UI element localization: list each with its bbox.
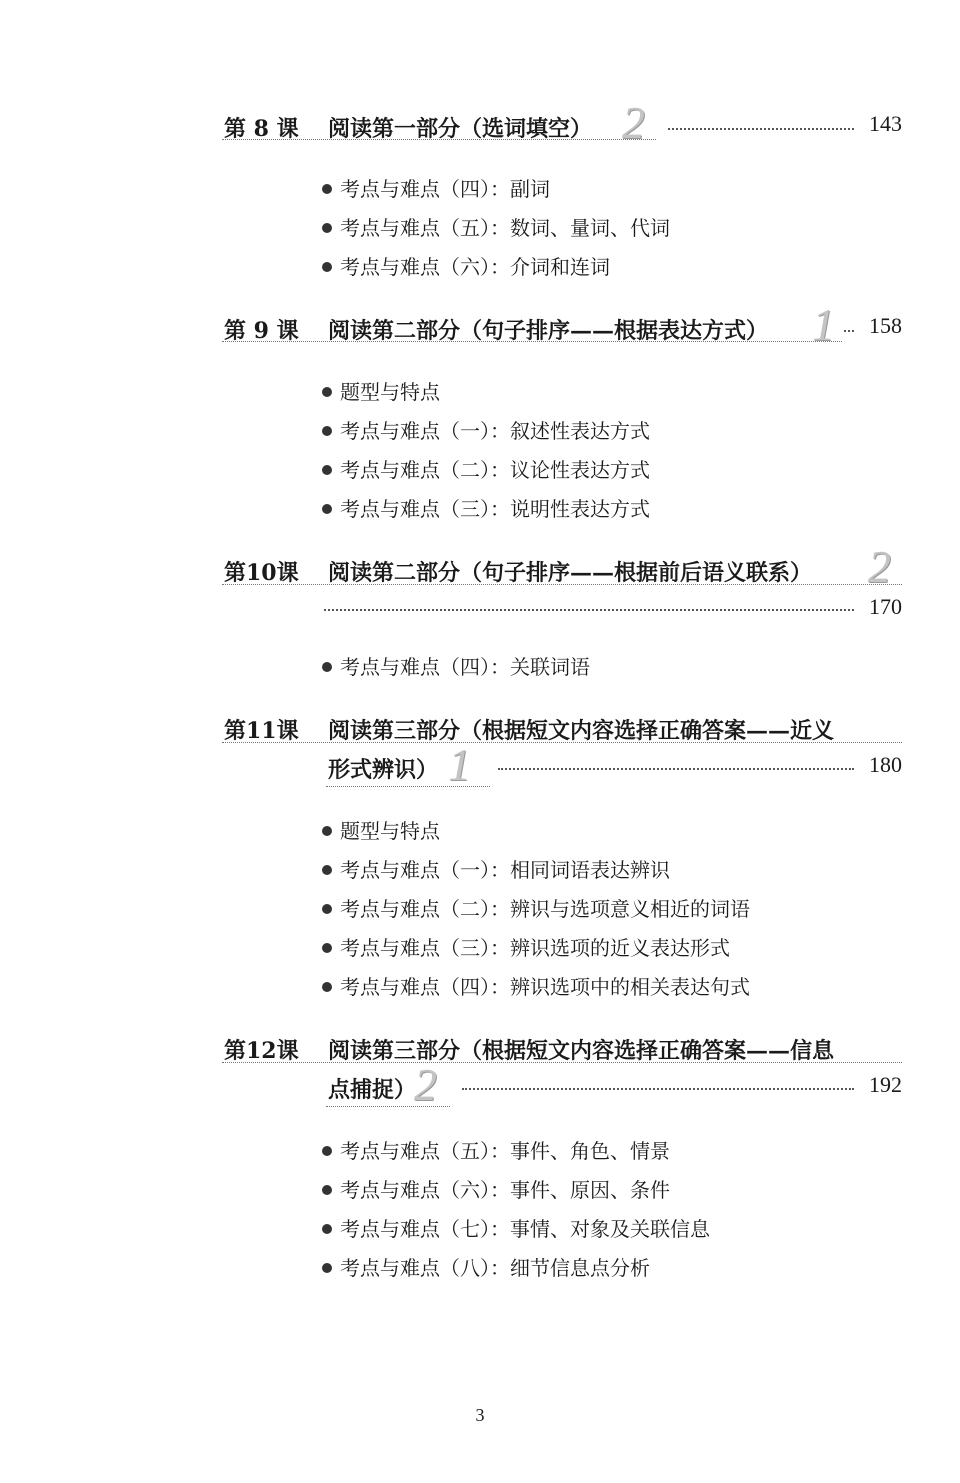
page-number: 143 [869, 111, 902, 137]
bullet-icon [322, 1263, 332, 1273]
bullet-icon [322, 943, 332, 953]
topic-item[interactable]: 考点与难点（五）：数词、量词、代词 [322, 212, 670, 241]
page-number: 192 [869, 1072, 902, 1098]
dot-leader [844, 330, 854, 332]
topic-item[interactable]: 考点与难点（二）：议论性表达方式 [322, 454, 650, 483]
topic-item[interactable]: 题型与特点 [322, 376, 440, 405]
lesson-number: 第10课 [224, 556, 328, 587]
topic-item[interactable]: 考点与难点（一）：叙述性表达方式 [322, 415, 650, 444]
page-number: 170 [869, 594, 902, 620]
topic-item[interactable]: 考点与难点（三）：辨识选项的近义表达形式 [322, 932, 730, 961]
bullet-icon [322, 262, 332, 272]
lesson-title: 阅读第二部分（句子排序——根据前后语义联系） [328, 560, 812, 586]
topic-item[interactable]: 考点与难点（二）：辨识与选项意义相近的词语 [322, 893, 750, 922]
topic-item[interactable]: 考点与难点（一）：相同词语表达辨识 [322, 854, 670, 883]
part-digit-decoration: 1 [448, 742, 471, 788]
topic-item[interactable]: 考点与难点（五）：事件、角色、情景 [322, 1135, 670, 1164]
bullet-icon [322, 662, 332, 672]
bullet-icon [322, 223, 332, 233]
bullet-icon [322, 1146, 332, 1156]
bullet-icon [322, 426, 332, 436]
bullet-icon [322, 904, 332, 914]
bullet-icon [322, 184, 332, 194]
topic-item[interactable]: 考点与难点（六）：介词和连词 [322, 251, 610, 280]
topic-item[interactable]: 考点与难点（四）：关联词语 [322, 651, 590, 680]
part-digit-decoration: 2 [414, 1062, 437, 1108]
dot-leader [462, 1088, 854, 1090]
page-number: 180 [869, 752, 902, 778]
dot-leader [498, 768, 854, 770]
bullet-icon [322, 982, 332, 992]
topic-item[interactable]: 考点与难点（六）：事件、原因、条件 [322, 1174, 670, 1203]
lesson-heading[interactable]: 第10课阅读第二部分（句子排序——根据前后语义联系） [224, 556, 812, 587]
page-footer-number: 3 [0, 1405, 960, 1426]
title-underline [222, 584, 902, 585]
dot-leader [668, 128, 854, 130]
bullet-icon [322, 826, 332, 836]
lesson-title-line2: 点捕捉） [328, 1077, 416, 1103]
lesson-title: 阅读第三部分（根据短文内容选择正确答案——信息 [328, 1038, 834, 1064]
dot-leader [324, 609, 854, 611]
bullet-icon [322, 865, 332, 875]
bullet-icon [322, 387, 332, 397]
title-underline [326, 1106, 450, 1107]
lesson-heading-continued[interactable]: 形式辨识） [328, 753, 438, 784]
topic-item[interactable]: 考点与难点（八）：细节信息点分析 [322, 1252, 650, 1281]
topic-item[interactable]: 考点与难点（四）：辨识选项中的相关表达句式 [322, 971, 750, 1000]
lesson-number: 第12课 [224, 1034, 328, 1065]
lesson-number: 第11课 [224, 714, 328, 745]
title-underline [222, 139, 656, 140]
topic-item[interactable]: 考点与难点（四）：副词 [322, 173, 550, 202]
topic-item[interactable]: 考点与难点（七）：事情、对象及关联信息 [322, 1213, 710, 1242]
bullet-icon [322, 465, 332, 475]
lesson-title-line2: 形式辨识） [328, 757, 438, 783]
page-number: 158 [869, 313, 902, 339]
bullet-icon [322, 1224, 332, 1234]
title-underline [222, 742, 902, 743]
topic-item[interactable]: 题型与特点 [322, 815, 440, 844]
bullet-icon [322, 504, 332, 514]
title-underline [222, 1062, 902, 1063]
bullet-icon [322, 1185, 332, 1195]
topic-item[interactable]: 考点与难点（三）：说明性表达方式 [322, 493, 650, 522]
lesson-heading[interactable]: 第11课阅读第三部分（根据短文内容选择正确答案——近义 [224, 714, 834, 745]
lesson-heading-continued[interactable]: 点捕捉） [328, 1073, 416, 1104]
title-underline [222, 341, 842, 342]
lesson-title: 阅读第三部分（根据短文内容选择正确答案——近义 [328, 718, 834, 744]
lesson-heading[interactable]: 第12课阅读第三部分（根据短文内容选择正确答案——信息 [224, 1034, 834, 1065]
title-underline [326, 786, 490, 787]
